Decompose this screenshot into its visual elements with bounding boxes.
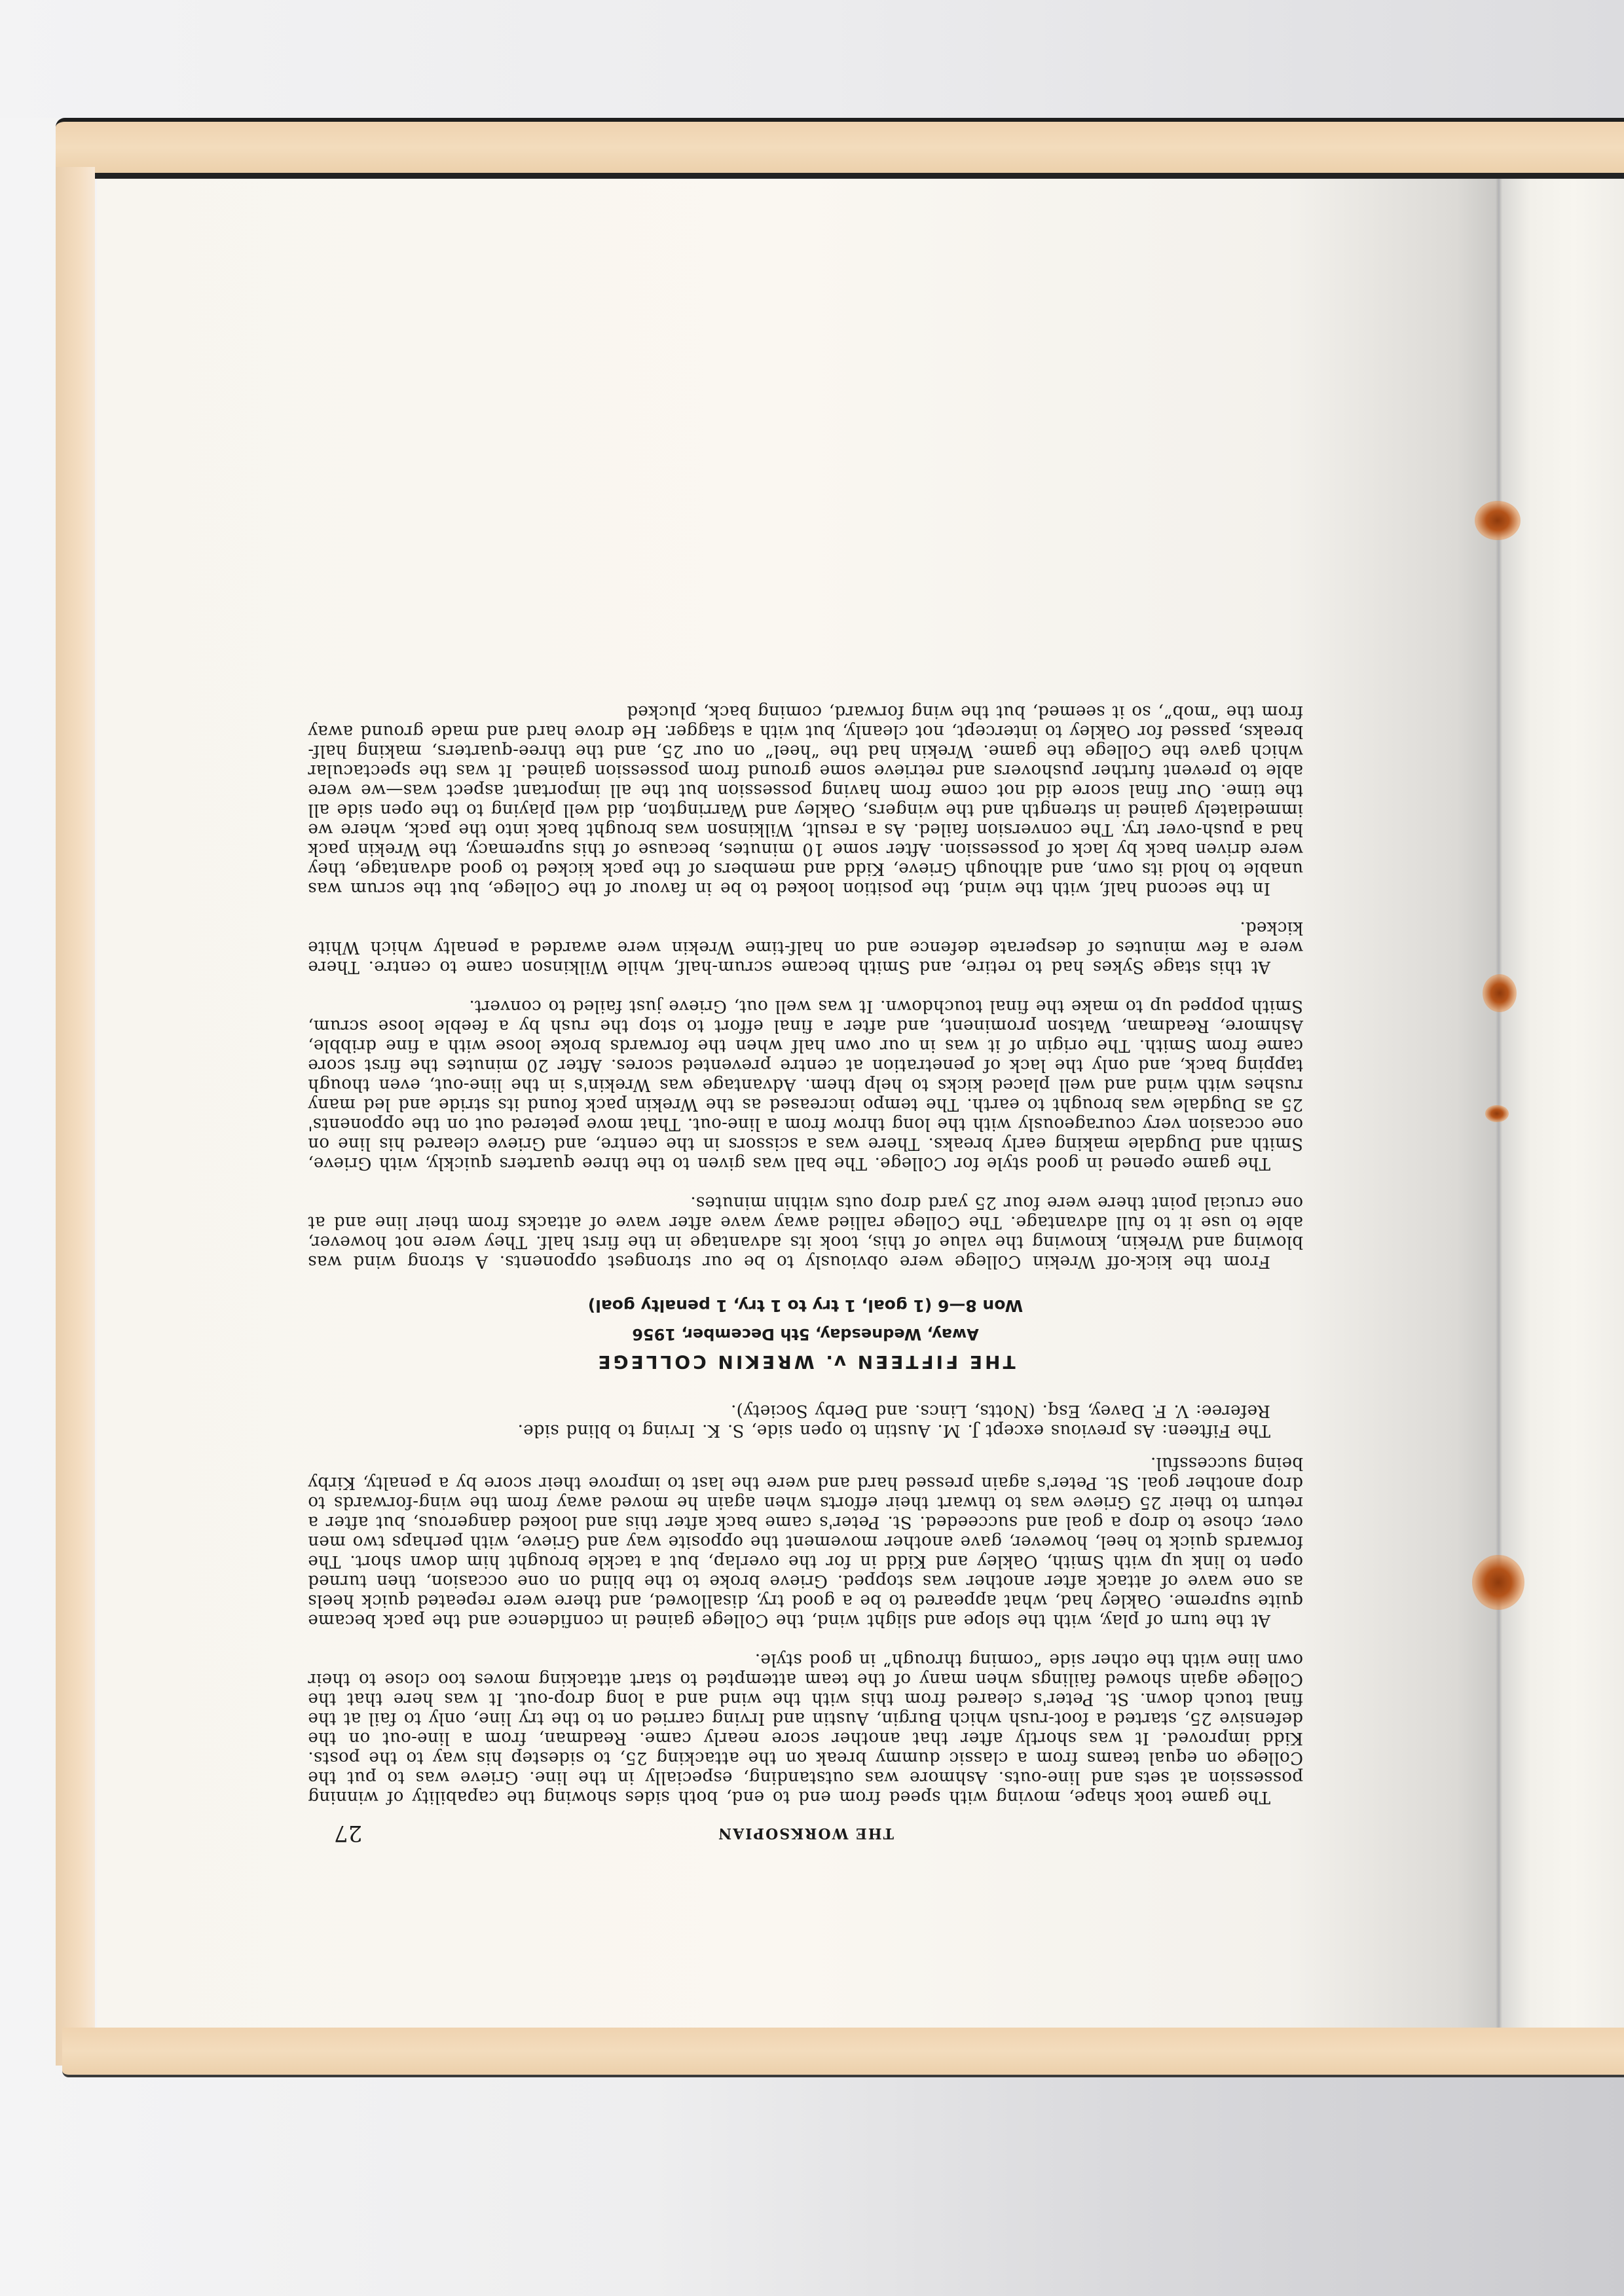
article-paragraph-3: At this stage Sykes had to retire, and S… — [308, 918, 1303, 977]
article-paragraph-2: The game opened in good style for Colleg… — [308, 996, 1303, 1173]
cover-edge-top — [56, 118, 1624, 179]
rust-spot-3 — [1485, 1105, 1509, 1122]
rotated-text-block: THE WORKSOPIAN 27 The game took shape, m… — [308, 386, 1303, 1846]
facing-page-edge — [1500, 173, 1624, 2028]
article-body: The game took shape, moving with speed f… — [308, 702, 1303, 1807]
article-paragraph-1: From the kick-off Wrekin College were ob… — [308, 1193, 1303, 1271]
book-spine-fold — [1496, 173, 1502, 2028]
rust-spot-4 — [1472, 1555, 1524, 1610]
cover-edge-left — [56, 167, 95, 2066]
running-header: THE WORKSOPIAN 27 — [308, 1807, 1303, 1846]
rust-spot-1 — [1475, 501, 1521, 540]
publication-title: THE WORKSOPIAN — [717, 1825, 894, 1842]
page-number: 27 — [334, 1820, 362, 1846]
match-date: Away, Wednesday, 5th December, 1956 — [308, 1320, 1303, 1349]
cover-edge-bottom — [62, 2028, 1624, 2077]
referee-note: Referee: V. F. Davey, Esq. (Notts, Lincs… — [308, 1401, 1303, 1421]
prev-paragraph-2: At the turn of play, with the slope and … — [308, 1453, 1303, 1630]
scanner-background — [0, 0, 1624, 118]
match-heading: THE FIFTEEN v. WREKIN COLLEGE Away, Wedn… — [308, 1291, 1303, 1375]
rust-spot-2 — [1483, 974, 1517, 1012]
match-title: THE FIFTEEN v. WREKIN COLLEGE — [308, 1349, 1303, 1375]
article-paragraph-4: In the second half, with the wind, the p… — [308, 702, 1303, 898]
match-result: Won 8—6 (1 goal, 1 try to 1 try, 1 penal… — [308, 1291, 1303, 1320]
team-note: The Fifteen: As previous except J. M. Au… — [308, 1421, 1303, 1440]
prev-paragraph-1: The game took shape, moving with speed f… — [308, 1650, 1303, 1807]
